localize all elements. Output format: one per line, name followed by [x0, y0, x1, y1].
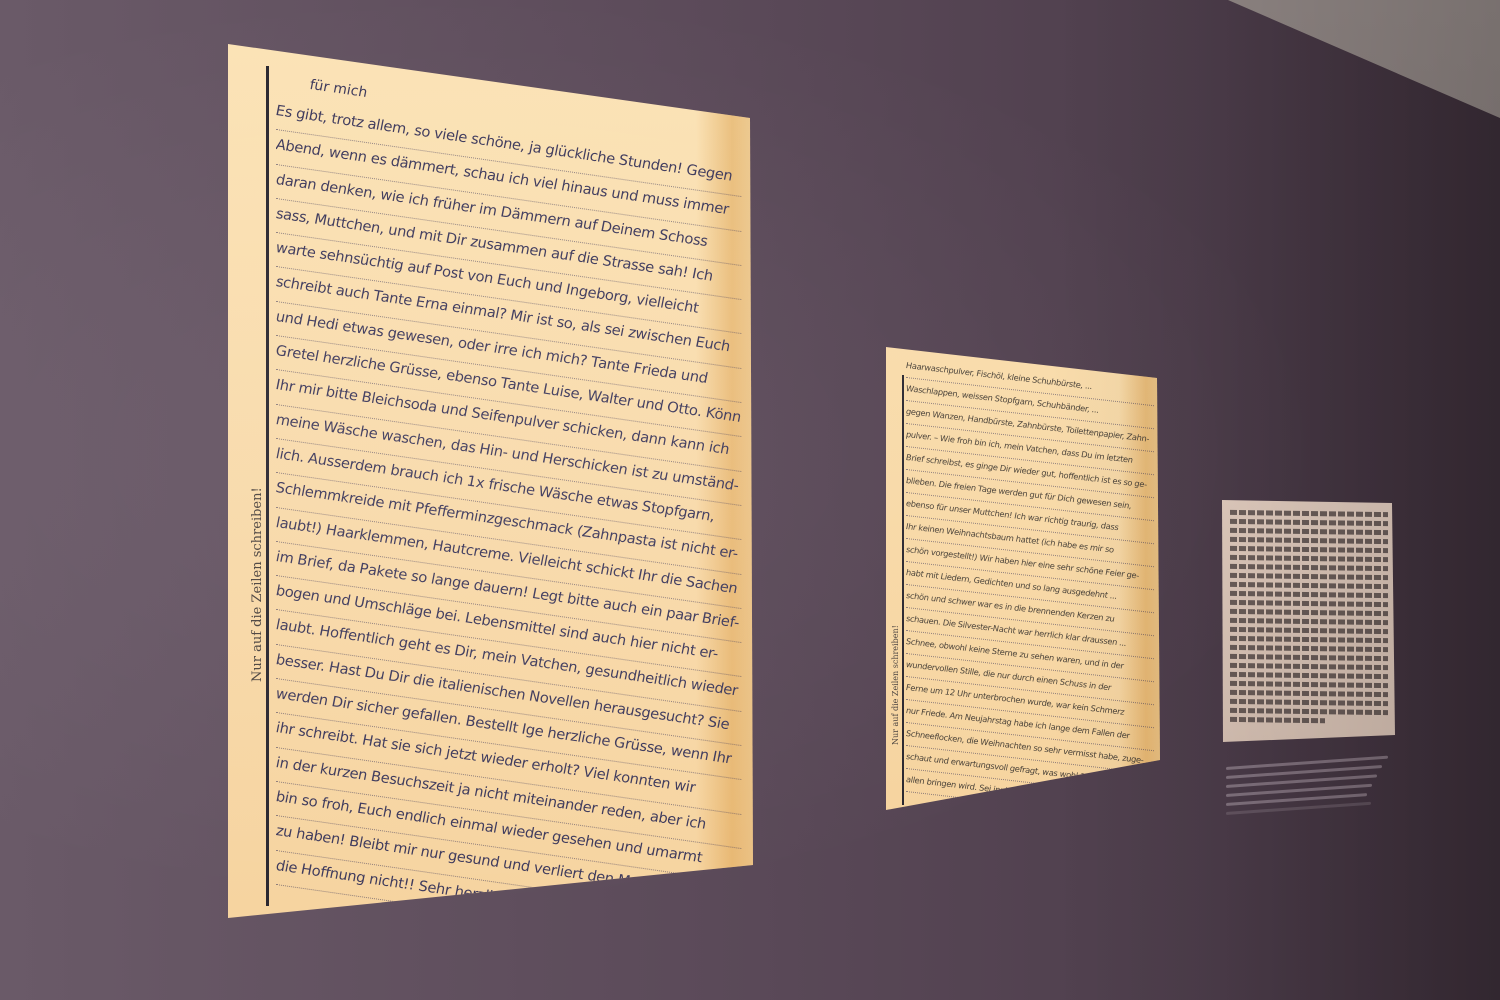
- exhibit-placard: [1226, 749, 1396, 821]
- illegible-line: [1230, 555, 1388, 562]
- letter-text: für mich Es gibt, trotz allem, so viele …: [276, 96, 741, 920]
- illegible-line: [1230, 573, 1388, 580]
- illegible-line: [1230, 528, 1388, 535]
- letter-middle: Nur auf die Zeilen schreiben! Haarwaschp…: [884, 345, 1164, 815]
- illegible-line: [1230, 663, 1388, 670]
- illegible-line: [1230, 546, 1388, 553]
- illegible-line: [1230, 519, 1388, 526]
- margin-rule: [902, 375, 904, 805]
- letter-text: Haarwaschpulver, Fischöl, kleine Schuhbü…: [906, 355, 1154, 815]
- illegible-line: [1230, 609, 1388, 616]
- letter-left: Nur auf die Zeilen schreiben! für mich E…: [226, 42, 756, 920]
- illegible-line: [1230, 600, 1388, 607]
- illegible-line: [1230, 636, 1388, 643]
- illegible-line: [1230, 510, 1388, 517]
- letter-right: [1222, 499, 1396, 744]
- illegible-line: [1230, 681, 1388, 688]
- illegible-line: [1230, 672, 1388, 679]
- illegible-line: [1230, 654, 1388, 661]
- margin-note: Nur auf die Zeilen schreiben!: [250, 487, 265, 682]
- illegible-line: [1230, 537, 1388, 544]
- margin-note: Nur auf die Zeilen schreiben!: [891, 625, 900, 745]
- margin-rule: [266, 66, 269, 906]
- illegible-line: [1230, 564, 1388, 571]
- illegible-line: [1230, 708, 1388, 715]
- illegible-line: [1230, 699, 1388, 706]
- illegible-line: [1230, 717, 1325, 723]
- illegible-line: [1230, 690, 1388, 697]
- illegible-line: [1230, 645, 1388, 652]
- illegible-line: [1230, 627, 1388, 634]
- illegible-line: [1230, 591, 1388, 598]
- illegible-line: [1230, 618, 1388, 625]
- illegible-line: [1230, 582, 1388, 589]
